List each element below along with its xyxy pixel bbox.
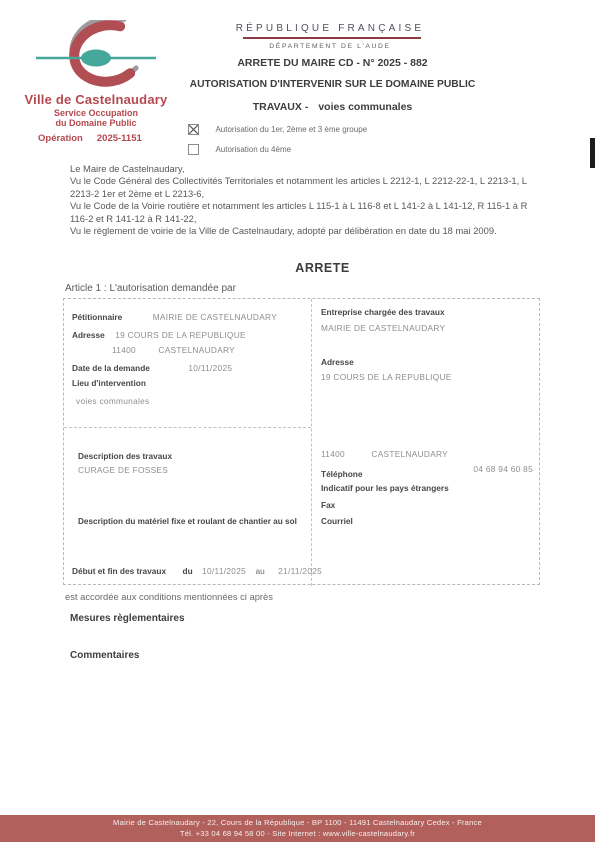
description-travaux-value: CURAGE DE FOSSES <box>78 465 168 475</box>
petitionnaire-label: Pétitionnaire <box>72 312 122 322</box>
conditions-text: est accordée aux conditions mentionnées … <box>65 591 273 602</box>
entreprise-cp: 11400 <box>321 449 345 459</box>
operation-label: Opération <box>38 133 83 144</box>
preamble-line: Vu le règlement de voirie de la Ville de… <box>70 225 542 237</box>
scan-artifact <box>590 138 595 168</box>
preamble-line: Le Maire de Castelnaudary, <box>70 163 542 175</box>
arrete-number-title: ARRETE DU MAIRE CD - N° 2025 - 882 <box>175 57 490 69</box>
checkbox-group123 <box>188 124 199 135</box>
telephone-value: 04 68 94 60 85 <box>473 464 533 474</box>
entreprise-label: Entreprise chargée des travaux <box>321 307 445 317</box>
entreprise-cp-row: 11400 CASTELNAUDARY <box>321 444 448 462</box>
arrete-heading: ARRETE <box>165 261 480 275</box>
authorization-table: Pétitionnaire MAIRIE DE CASTELNAUDARY Ad… <box>63 298 540 585</box>
checkbox-x-icon <box>189 125 198 134</box>
preamble-line: Vu le Code de la Voirie routière et nota… <box>70 200 542 225</box>
adresse-ville: CASTELNAUDARY <box>158 345 235 355</box>
checkbox-group4-label: Autorisation du 4ème <box>215 145 291 154</box>
fax-label: Fax <box>321 500 335 510</box>
checkbox-group4 <box>188 144 199 155</box>
republic-title: RÉPUBLIQUE FRANÇAISE <box>185 23 475 34</box>
authorization-title: AUTORISATION D'INTERVENIR SUR LE DOMAINE… <box>165 79 500 90</box>
petitionnaire-value: MAIRIE DE CASTELNAUDARY <box>153 312 277 322</box>
table-section-divider <box>64 427 311 428</box>
document-page: Ville de Castelnaudary Service Occupatio… <box>0 0 595 842</box>
city-name: Ville de Castelnaudary <box>0 92 192 107</box>
entreprise-adresse-value: 19 COURS DE LA REPUBLIQUE <box>321 372 452 382</box>
footer-address: Mairie de Castelnaudary - 22, Cours de l… <box>0 818 595 829</box>
travaux-label: TRAVAUX - <box>253 101 309 113</box>
debut-value: 10/11/2025 <box>202 566 246 576</box>
preamble: Le Maire de Castelnaudary, Vu le Code Gé… <box>70 163 542 237</box>
telephone-label: Téléphone <box>321 469 363 479</box>
date-demande-label: Date de la demande <box>72 363 150 373</box>
debut-fin-label: Début et fin des travaux <box>72 566 166 576</box>
adresse-label: Adresse <box>72 330 105 340</box>
footer-contact: Tél. +33 04 68 94 58 00 - Site Internet … <box>0 829 595 840</box>
table-right-cell: Entreprise chargée des travaux MAIRIE DE… <box>311 299 541 586</box>
du-label: du <box>183 566 193 576</box>
article1-heading: Article 1 : L'autorisation demandée par <box>65 283 236 294</box>
indicatif-label: Indicatif pour les pays étrangers <box>321 483 449 493</box>
entreprise-ville: CASTELNAUDARY <box>371 449 448 459</box>
operation-number: Opération2025-1151 <box>38 133 142 144</box>
petitionnaire-row: Pétitionnaire MAIRIE DE CASTELNAUDARY <box>72 307 277 325</box>
checkbox-group123-label: Autorisation du 1er, 2ème et 3 ème group… <box>215 125 367 134</box>
travaux-value: voies communales <box>318 101 412 113</box>
adresse-cp-row: 11400 CASTELNAUDARY <box>112 340 235 358</box>
table-left-cell: Pétitionnaire MAIRIE DE CASTELNAUDARY Ad… <box>64 299 311 586</box>
footer-band: Mairie de Castelnaudary - 22, Cours de l… <box>0 815 595 842</box>
courriel-label: Courriel <box>321 516 353 526</box>
commentaires-heading: Commentaires <box>70 650 139 661</box>
service-line-2: du Domaine Public <box>0 118 192 128</box>
adresse-value: 19 COURS DE LA REPUBLIQUE <box>115 330 246 340</box>
department-title: DÉPARTEMENT DE L'AUDE <box>185 43 475 50</box>
date-demande-row: Date de la demande 10/11/2025 <box>72 358 232 376</box>
lieu-label: Lieu d'intervention <box>72 378 146 388</box>
entreprise-adresse-label: Adresse <box>321 357 354 367</box>
au-label: au <box>255 566 264 576</box>
checkbox-row-group123: Autorisation du 1er, 2ème et 3 ème group… <box>188 121 367 139</box>
republic-underline <box>243 37 421 39</box>
materiel-label: Description du matériel fixe et roulant … <box>78 517 297 526</box>
operation-value: 2025-1151 <box>97 133 142 144</box>
debut-fin-row: Début et fin des travaux du 10/11/2025 a… <box>72 561 322 579</box>
adresse-cp: 11400 <box>112 345 136 355</box>
description-travaux-label: Description des travaux <box>78 451 172 461</box>
date-demande-value: 10/11/2025 <box>188 363 232 373</box>
preamble-line: Vu le Code Général des Collectivités Ter… <box>70 175 542 200</box>
mesures-heading: Mesures règlementaires <box>70 613 185 624</box>
checkbox-row-group4: Autorisation du 4ème <box>188 141 291 159</box>
entreprise-value: MAIRIE DE CASTELNAUDARY <box>321 323 445 333</box>
travaux-title: TRAVAUX -voies communales <box>165 101 500 113</box>
telephone-row: Téléphone 04 68 94 60 85 <box>321 464 533 482</box>
castelnaudary-logo-icon <box>36 20 156 94</box>
service-line-1: Service Occupation <box>0 108 192 118</box>
lieu-value: voies communales <box>76 396 150 406</box>
